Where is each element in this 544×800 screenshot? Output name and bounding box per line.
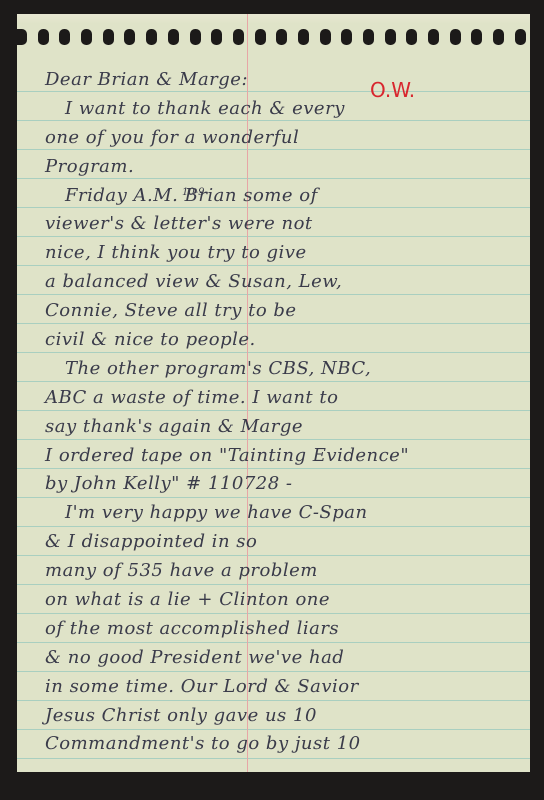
hole — [255, 29, 266, 45]
letter-line: say thank's again & Marge — [45, 413, 525, 442]
letter-line: I'm very happy we have C-Span — [45, 499, 525, 528]
letter-line: civil & nice to people. — [45, 326, 525, 355]
letter-line: in some time. Our Lord & Savior — [45, 673, 525, 702]
hole — [363, 29, 374, 45]
letter-line: Jesus Christ only gave us 10 — [45, 702, 525, 731]
letter-line: Friday A.M. Brian some of — [45, 182, 525, 211]
hole — [493, 29, 504, 45]
letter-line: I ordered tape on "Tainting Evidence" — [45, 442, 525, 471]
hole — [124, 29, 135, 45]
hole — [428, 29, 439, 45]
hole — [320, 29, 331, 45]
hole — [341, 29, 352, 45]
hole — [38, 29, 49, 45]
hole — [450, 29, 461, 45]
letter-line: viewer's & letter's were not — [45, 210, 525, 239]
salutation: Dear Brian & Marge: — [45, 66, 525, 95]
letter-line: ABC a waste of time. I want to — [45, 384, 525, 413]
letter-line: by John Kelly" # 110728 - — [45, 470, 525, 499]
hole — [298, 29, 309, 45]
hole — [515, 29, 526, 45]
letter-line: a balanced view & Susan, Lew, — [45, 268, 525, 297]
spiral-holes — [17, 27, 530, 49]
letter-line: & I disappointed in so — [45, 528, 525, 557]
letter-line: I want to thank each & every — [45, 95, 525, 124]
letter-body: Dear Brian & Marge: I want to thank each… — [45, 66, 525, 759]
hole — [146, 29, 157, 45]
hole — [233, 29, 244, 45]
hole — [168, 29, 179, 45]
hole — [385, 29, 396, 45]
letter-line: of the most accomplished liars — [45, 615, 525, 644]
letter-line: Commandment's to go by just 10 — [45, 730, 525, 759]
hole — [211, 29, 222, 45]
hole — [190, 29, 201, 45]
letter-line: nice, I think you try to give — [45, 239, 525, 268]
hole — [103, 29, 114, 45]
letter-line: one of you for a wonderful — [45, 124, 525, 153]
hole — [471, 29, 482, 45]
hole — [81, 29, 92, 45]
letter-line: Connie, Steve all try to be — [45, 297, 525, 326]
hole — [59, 29, 70, 45]
letter-line: on what is a lie + Clinton one — [45, 586, 525, 615]
letter-line: & no good President we've had — [45, 644, 525, 673]
hole — [16, 29, 27, 45]
hole — [406, 29, 417, 45]
hole — [276, 29, 287, 45]
letter-line: many of 535 have a problem — [45, 557, 525, 586]
torn-edge — [17, 14, 530, 24]
letter-line: The other program's CBS, NBC, — [45, 355, 525, 384]
letter-line: Program. — [45, 153, 525, 182]
